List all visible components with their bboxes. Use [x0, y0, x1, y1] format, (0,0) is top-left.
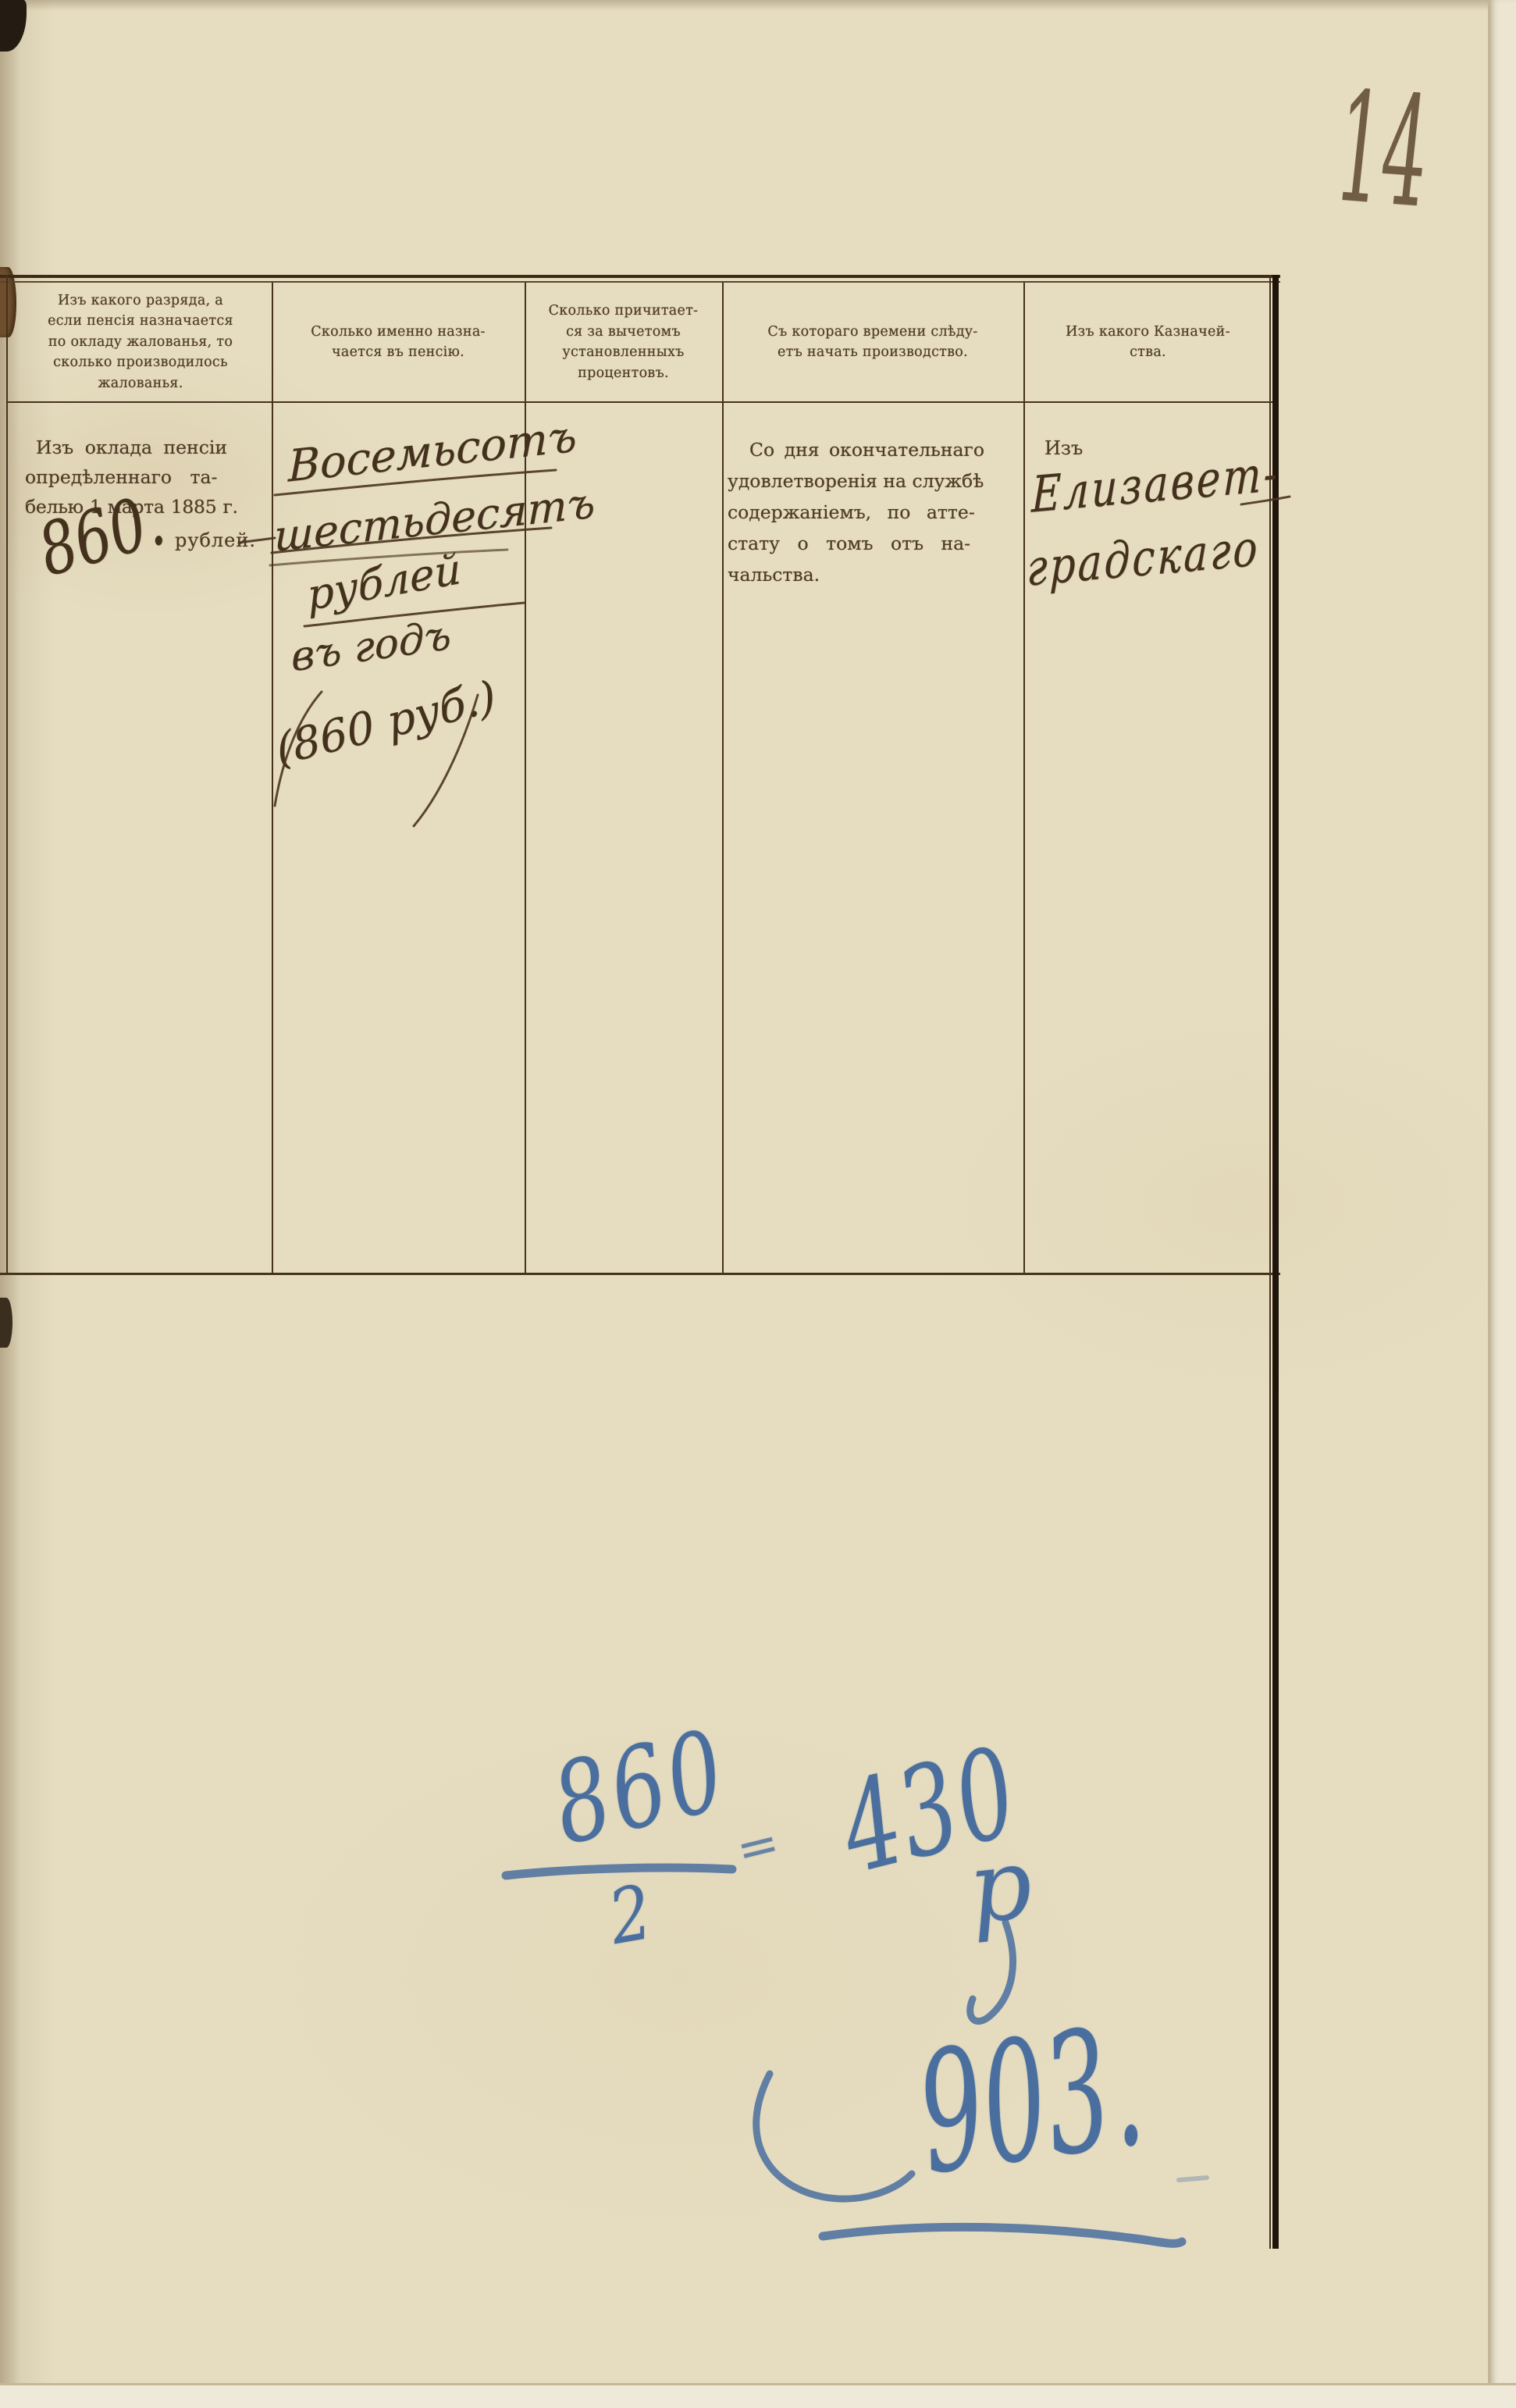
table-bottom-border [0, 1273, 1280, 1275]
salary-printed-line: Изъ оклада пенсіи [25, 433, 267, 462]
start-time-line: содержаніемъ, по атте- [728, 497, 1018, 528]
ruble-letter: р [963, 1827, 1037, 1947]
underlying-page-bottom-edge [0, 2383, 1516, 2408]
start-time-line: чальства. [728, 559, 1018, 590]
table-right-border-inner [1269, 275, 1271, 2249]
table-left-border [6, 275, 8, 1275]
net-amount-cell [526, 406, 721, 1271]
start-time-line: удовлетворенія на службѣ [728, 465, 1018, 497]
column-divider-4 [1023, 283, 1025, 1273]
underlying-page-right-edge [1488, 0, 1516, 2408]
header-separator-line [6, 401, 1278, 403]
column-header-treasury: Изъ какого Казначей- ства. [1025, 283, 1271, 401]
start-time-line: Со дня окончательнаго [728, 434, 1018, 465]
column-divider-3 [722, 283, 724, 1273]
folio-number: 14 [1336, 59, 1429, 243]
column-divider-1 [272, 283, 273, 1273]
treasury-printed-word: Изъ [1044, 437, 1083, 459]
column-header-net-amount: Сколько причитает- ся за вычетомъ устано… [526, 283, 721, 401]
scanned-document: 14 Изъ какого разряда, а если пенсія наз… [0, 0, 1516, 2408]
column-header-category: Изъ какого разряда, а если пенсія назнач… [11, 283, 270, 401]
margin-tear-lower [0, 1298, 12, 1348]
table-right-border [1272, 275, 1279, 2249]
total-note: 903. [907, 1989, 1154, 2212]
column-header-start-time: Съ котораго времени слѣду- етъ начать пр… [724, 283, 1022, 401]
start-time-line: стату о томъ отъ на- [728, 528, 1018, 559]
start-time-cell: Со дня окончательнаго удовлетворенія на … [728, 434, 1018, 590]
table-top-border-outer [0, 275, 1280, 278]
column-header-pension-amount: Сколько именно назна- чается въ пенсію. [273, 283, 523, 401]
salary-currency-word: рублей. [175, 529, 256, 551]
